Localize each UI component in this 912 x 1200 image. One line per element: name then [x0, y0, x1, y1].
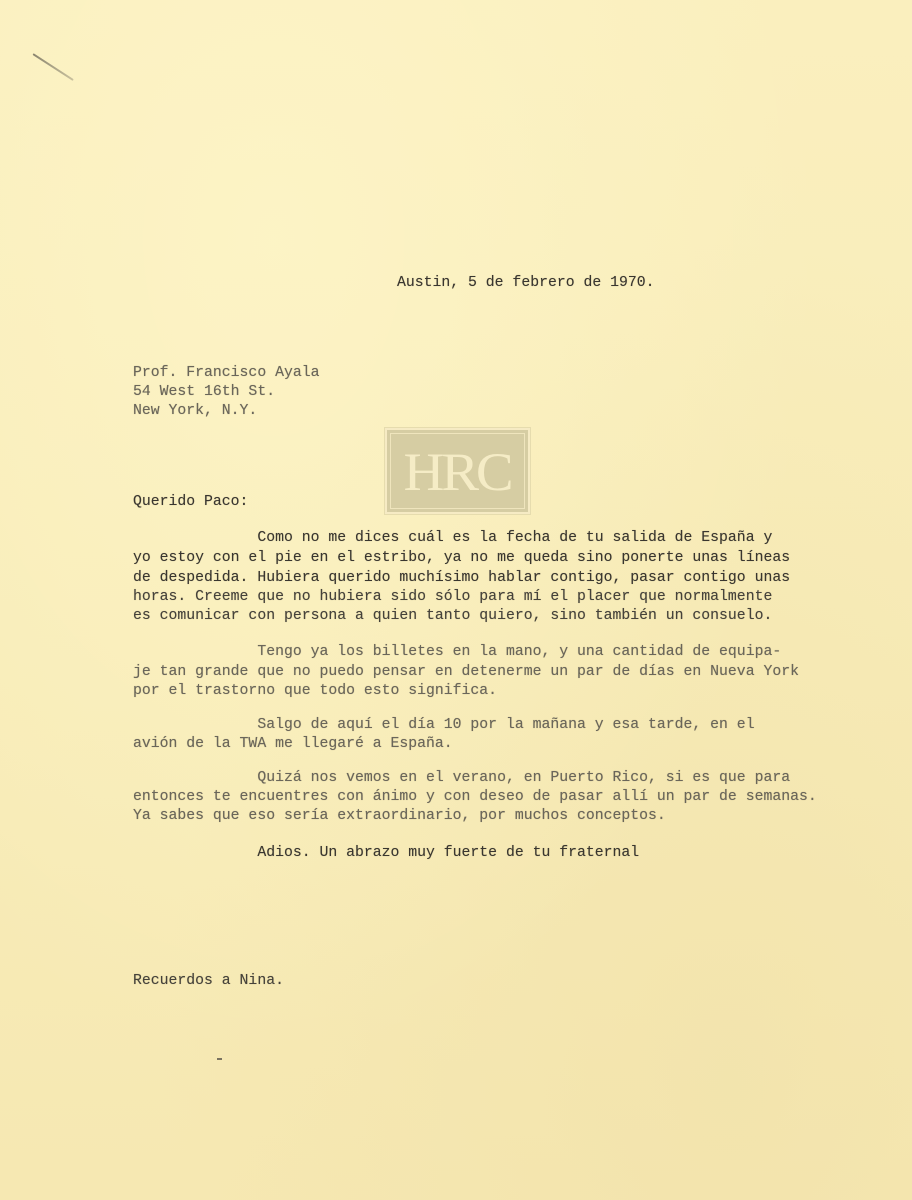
closing: Adios. Un abrazo muy fuerte de tu frater…: [133, 845, 639, 861]
paragraph-line: avión de la TWA me llegaré a España.: [133, 736, 453, 752]
hrc-watermark-text: HRC: [404, 445, 511, 499]
hrc-watermark-logo: HRC: [385, 428, 530, 514]
paragraph-line: Tengo ya los billetes en la mano, y una …: [133, 644, 781, 660]
paragraph-line: entonces te encuentres con ánimo y con d…: [133, 789, 817, 805]
postscript: Recuerdos a Nina.: [133, 973, 284, 989]
paragraph-line: es comunicar con persona a quien tanto q…: [133, 608, 772, 624]
recipient-street: 54 West 16th St.: [133, 384, 275, 400]
salutation: Querido Paco:: [133, 494, 248, 510]
paragraph-line: por el trastorno que todo esto significa…: [133, 683, 497, 699]
paragraph-line: Ya sabes que eso sería extraordinario, p…: [133, 808, 666, 824]
paragraph-line: Como no me dices cuál es la fecha de tu …: [133, 530, 772, 546]
dateline: Austin, 5 de febrero de 1970.: [397, 275, 655, 291]
letter-page: Austin, 5 de febrero de 1970. Prof. Fran…: [0, 0, 912, 1200]
recipient-name: Prof. Francisco Ayala: [133, 365, 319, 381]
recipient-city: New York, N.Y.: [133, 403, 257, 419]
paragraph-line: de despedida. Hubiera querido muchísimo …: [133, 570, 790, 586]
paragraph-line: Quizá nos vemos en el verano, en Puerto …: [133, 770, 790, 786]
paragraph-line: je tan grande que no puedo pensar en det…: [133, 664, 799, 680]
paragraph-line: horas. Creeme que no hubiera sido sólo p…: [133, 589, 772, 605]
paragraph-line: yo estoy con el pie en el estribo, ya no…: [133, 550, 790, 566]
pencil-mark: [32, 53, 73, 81]
paragraph-line: Salgo de aquí el día 10 por la mañana y …: [133, 717, 755, 733]
stray-mark: [217, 1058, 222, 1060]
